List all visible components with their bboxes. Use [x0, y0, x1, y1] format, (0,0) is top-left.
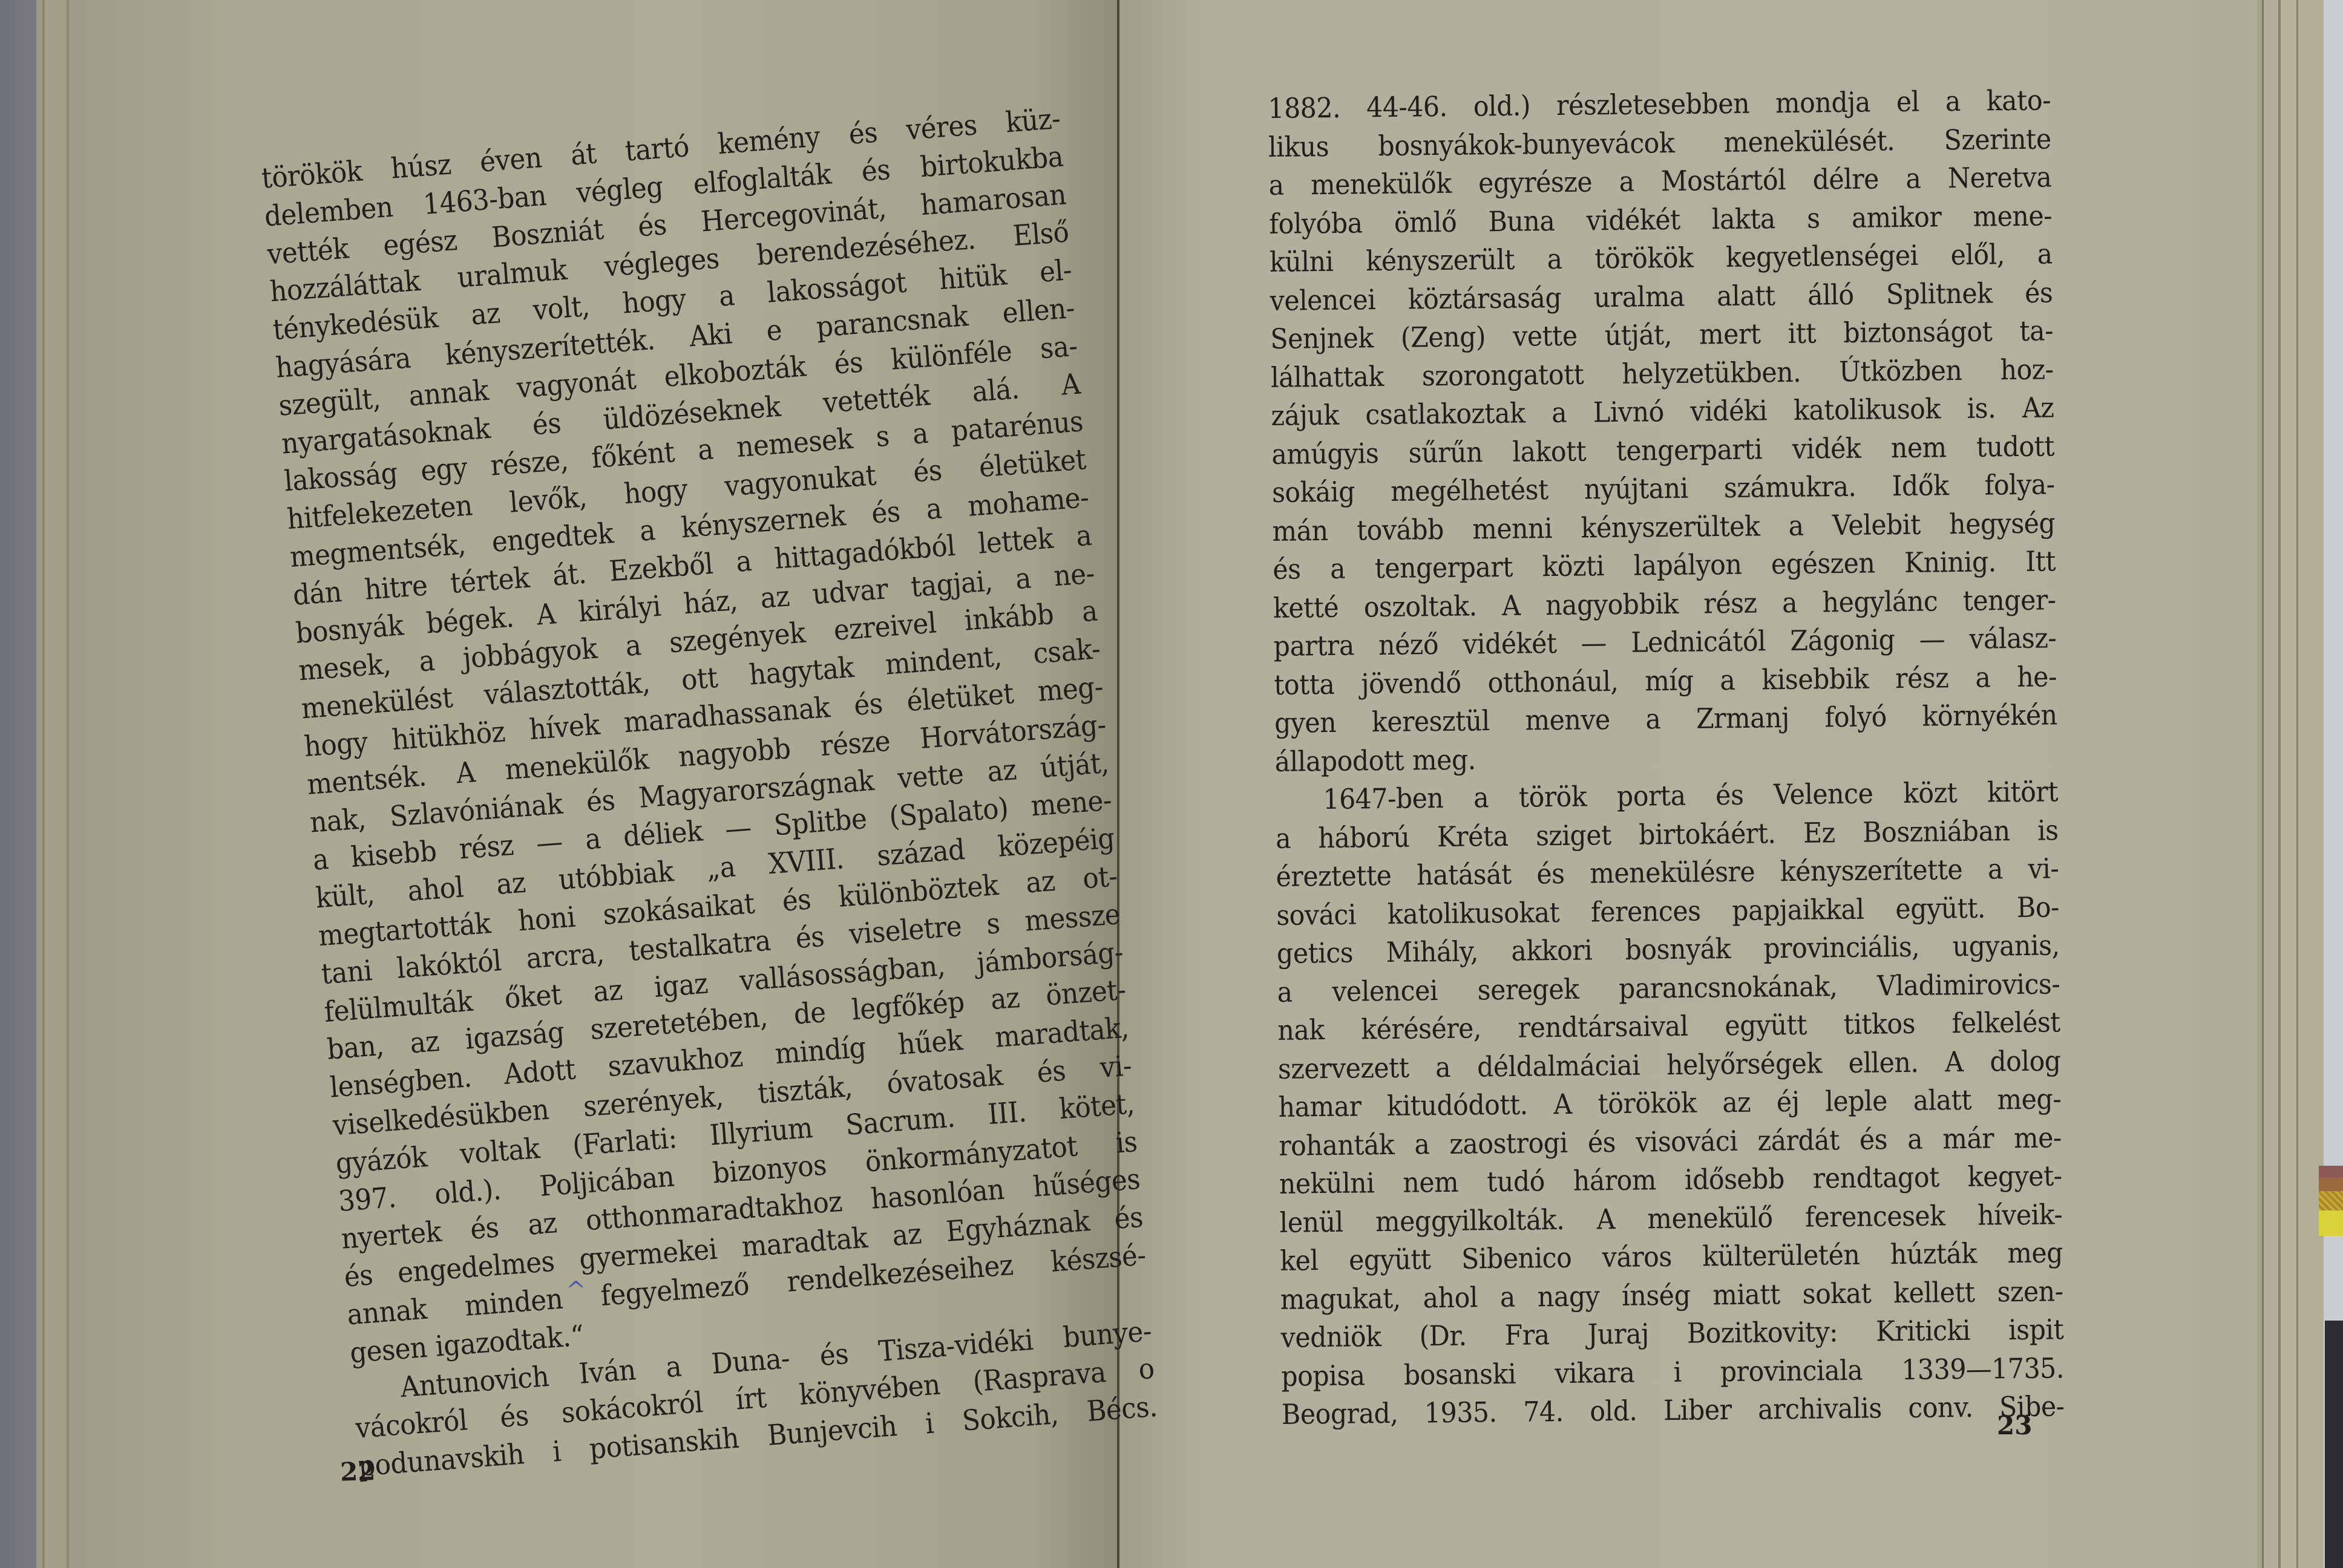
- left-page-edges: [36, 0, 109, 1568]
- right-page-edges: [2257, 0, 2324, 1568]
- bookmark-ribbon: [2319, 1178, 2343, 1191]
- page-number-left: 22: [339, 1456, 376, 1487]
- bookmark-ribbon: [2319, 1166, 2343, 1178]
- left-page-body: törökök húsz éven át tartó kemény és vér…: [260, 100, 1162, 1486]
- bookmark-ribbon: [2319, 1210, 2343, 1236]
- right-page-body: 1882. 44-46. old.) részletesebben mondja…: [1268, 81, 2068, 1434]
- background-dark-object: [2325, 1321, 2343, 1568]
- bookmark-ribbon: [2319, 1191, 2343, 1210]
- pen-caret-mark: ^: [566, 1276, 586, 1304]
- text-line: Beograd, 1935. 74. old. Liber archivalis…: [1282, 1387, 2065, 1434]
- page-number-right: 23: [1997, 1411, 2032, 1440]
